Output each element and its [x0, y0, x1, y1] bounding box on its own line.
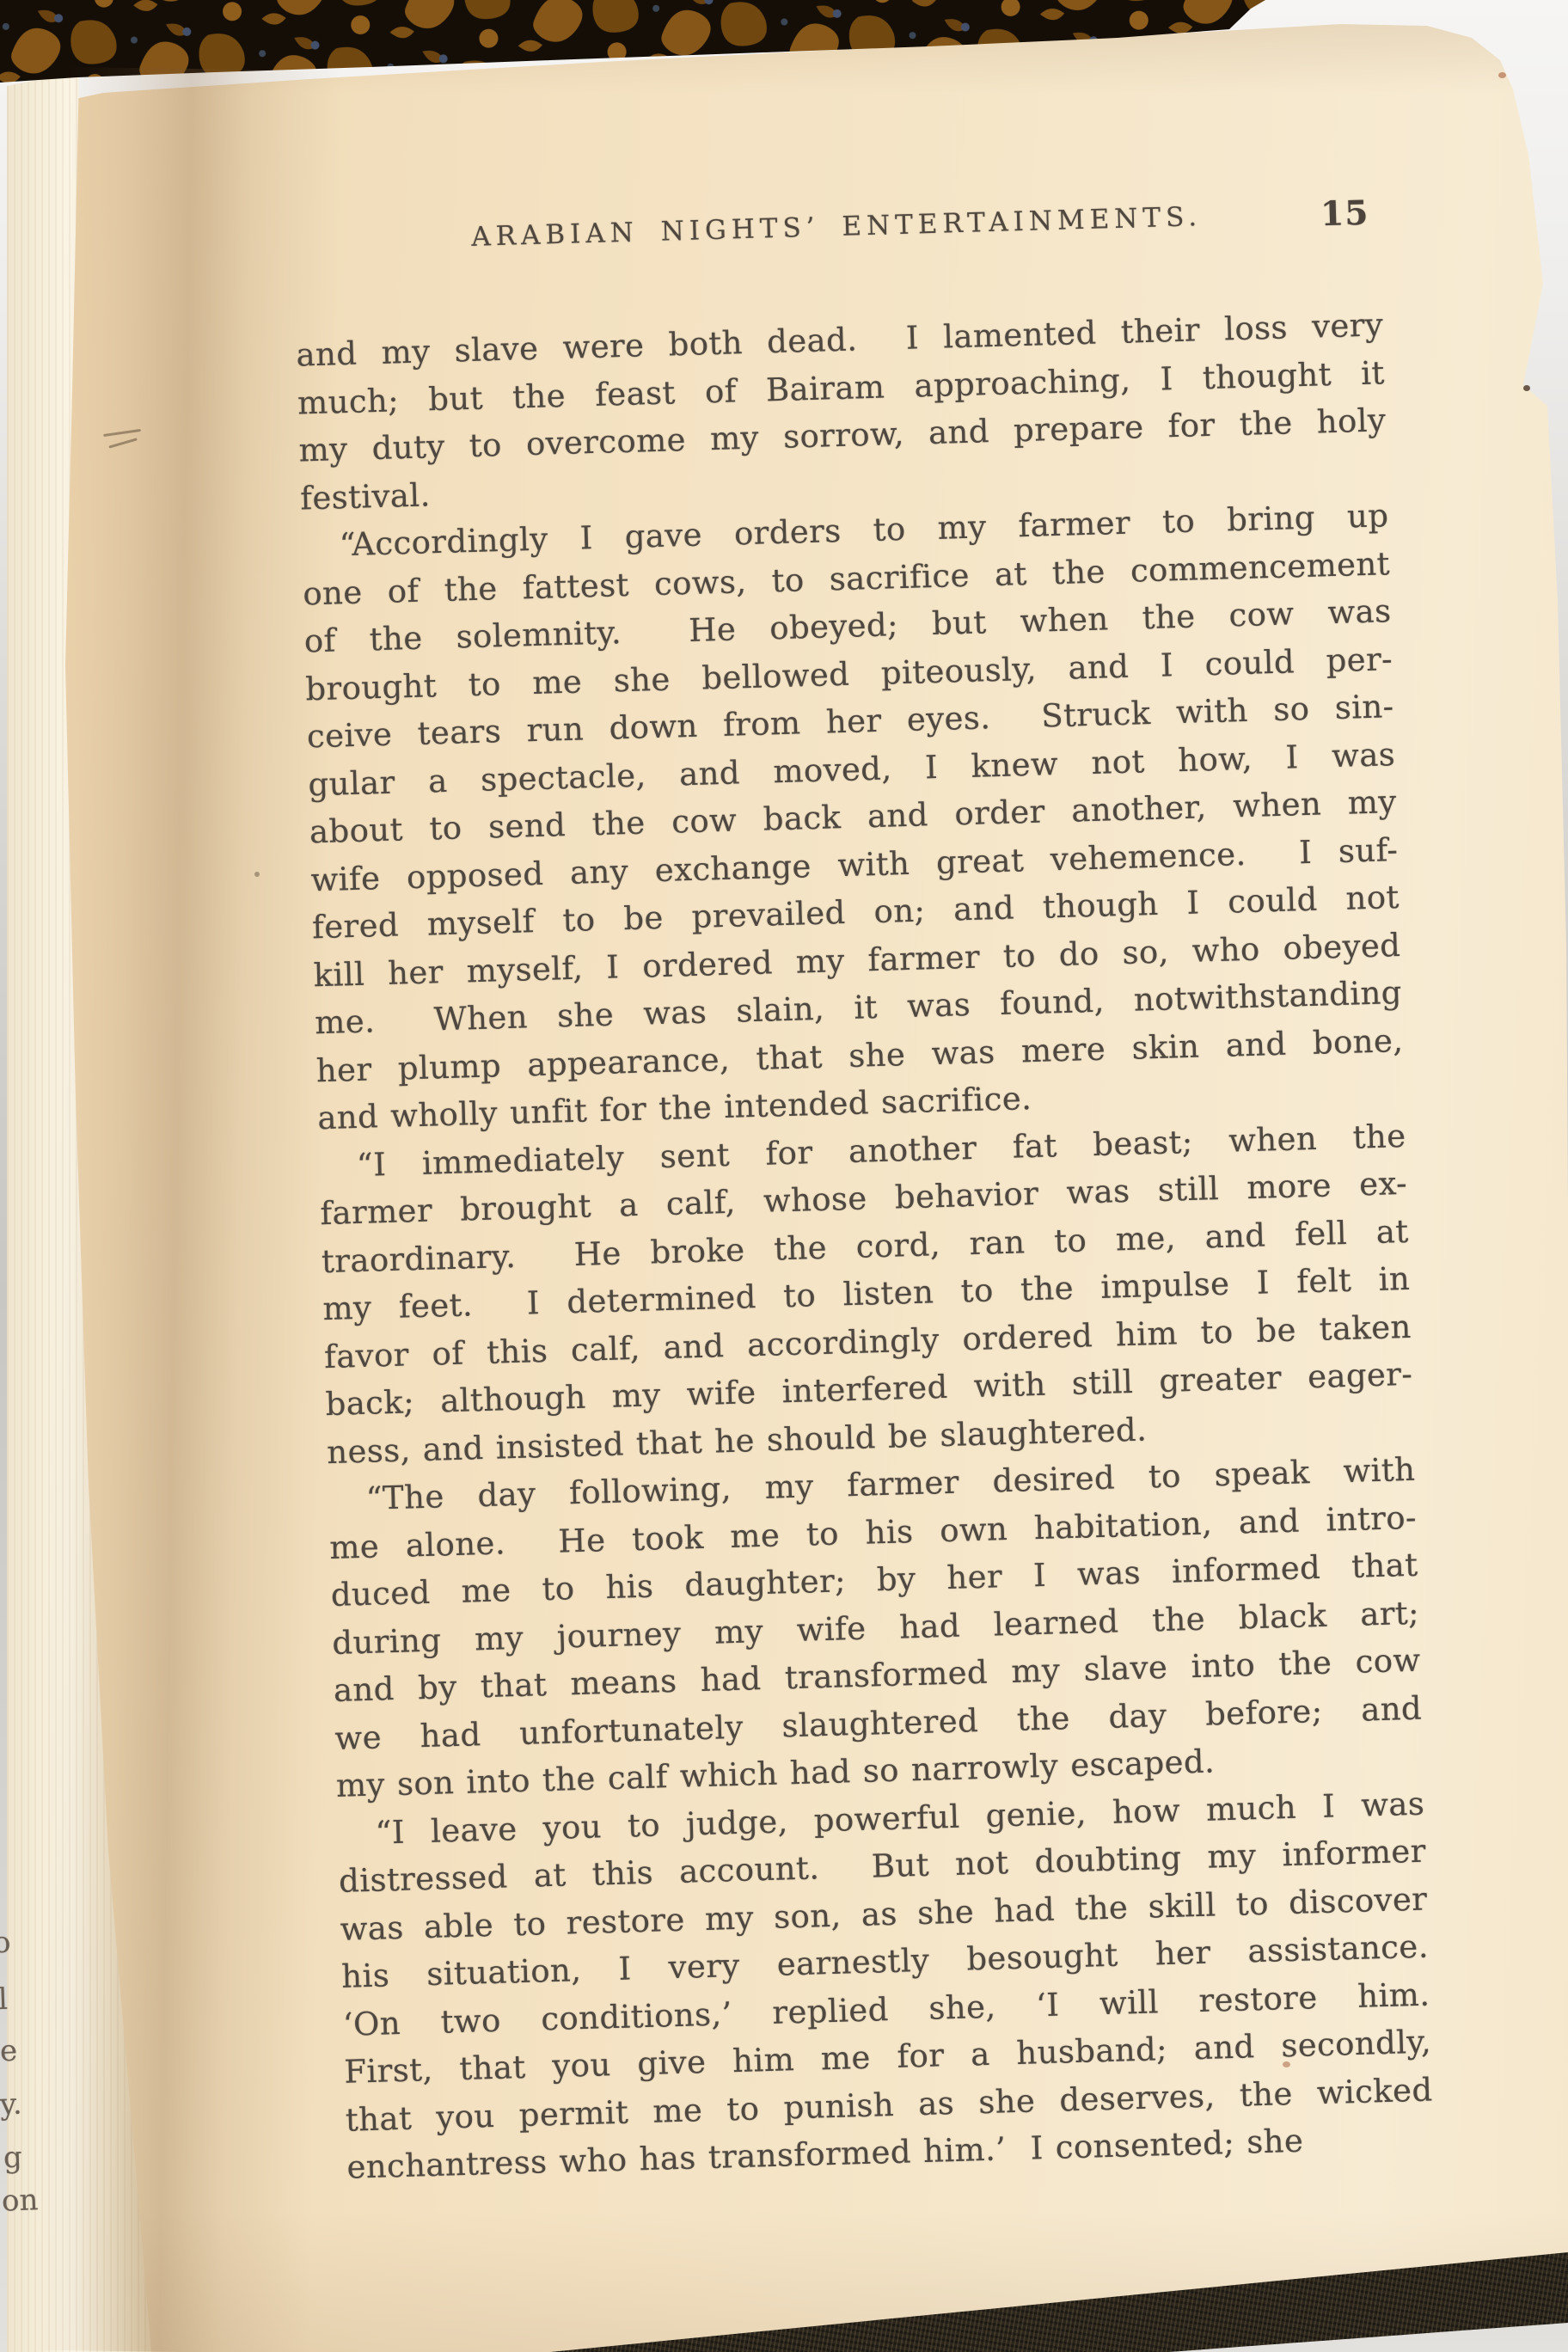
paragraph: “The day following, my farmer desired to…	[328, 1446, 1424, 1810]
page-text: ARABIAN NIGHTS’ ENTERTAINMENTS. 15 and m…	[292, 191, 1435, 2191]
margin-fragment: l	[0, 1982, 9, 2017]
margin-fragment: g	[3, 2141, 22, 2176]
paragraphs: and my slave were both dead. I lamented …	[296, 301, 1435, 2191]
paragraph: “I leave you to judge, powerful genie, h…	[337, 1779, 1435, 2191]
pencil-mark	[101, 426, 144, 452]
book-photo: ARABIAN NIGHTS’ ENTERTAINMENTS. 15 and m…	[0, 0, 1568, 2352]
paragraph: and my slave were both dead. I lamented …	[296, 301, 1388, 522]
page-number: 15	[1320, 193, 1370, 235]
margin-fragment: e	[0, 2034, 18, 2069]
margin-fragment: on	[1, 2183, 39, 2218]
margin-fragment: y.	[0, 2087, 22, 2122]
paragraph: “I immediately sent for another fat beas…	[318, 1112, 1414, 1476]
paragraph: “Accordingly I gave orders to my farmer …	[301, 492, 1406, 1142]
margin-fragment: o	[0, 1926, 11, 1961]
